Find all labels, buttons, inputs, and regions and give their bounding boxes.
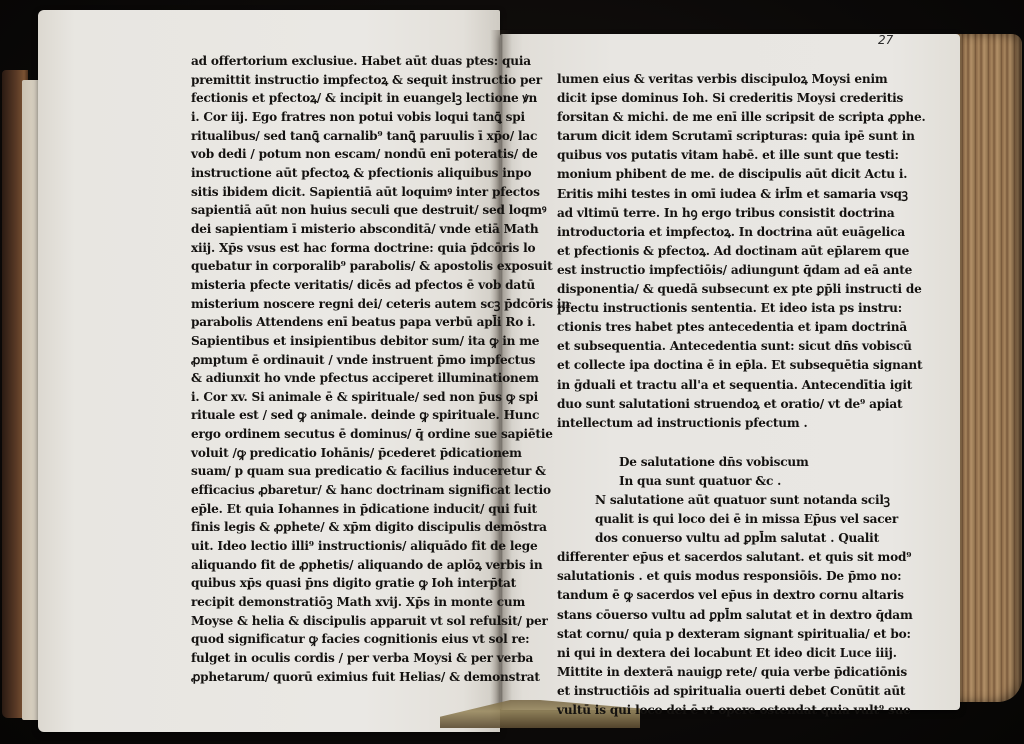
section-gap (557, 433, 857, 453)
text-line: quod significatur ꝙ facies cognitionis e… (191, 630, 481, 649)
right-text-after-heading: N salutatione aūt quatuor sunt notanda s… (557, 491, 857, 720)
text-line: forsitan & michi. de me enī ille scripsi… (557, 108, 857, 127)
text-line: ctionis tres habet ptes antecedentia et … (557, 318, 857, 337)
text-line: quibus vos putatis vitam habē. et ille s… (557, 146, 857, 165)
text-line: quibus xp̄s quasi p̄ns digito gratie ꝙ I… (191, 574, 481, 593)
text-line: sapientiā aūt non huius seculi que destr… (191, 201, 481, 220)
text-line: duo sunt salutationi struendoꝝ et oratio… (557, 395, 857, 414)
text-line: Eritis mihi testes in omī iudea & irl̄m … (557, 185, 857, 204)
text-line: premittit instructio impfectoꝝ & sequit … (191, 71, 481, 90)
right-text-before-heading: lumen eius & veritas verbis discipuloꝝ M… (557, 70, 857, 433)
text-line: dicit ipse dominus Ioh. Si crederitis Mo… (557, 89, 857, 108)
text-line: pfectu instructionis sententia. Et ideo … (557, 299, 857, 318)
text-line: Mittite in dexterā nauigꝑ rete/ quia ver… (557, 663, 857, 682)
text-line: ni qui in dextera dei locabunt Et ideo d… (557, 644, 857, 663)
text-line: monium phibent de me. de discipulis aūt … (557, 165, 857, 184)
text-line: instructione aūt pfectoꝝ & pfectionis al… (191, 164, 481, 183)
book-photograph: 27 ad offertorium exclusiue. Habet aūt d… (0, 0, 1024, 744)
left-page-text: ad offertorium exclusiue. Habet aūt duas… (191, 52, 481, 686)
section-subheading: In qua sunt quatuor &c . (557, 472, 857, 491)
text-line: i. Cor iij. Ego fratres non potui vobis … (191, 108, 481, 127)
text-line: intellectum ad instructionis pfectum . (557, 414, 857, 433)
text-line: efficacius ꝓbaretur/ & hanc doctrinam si… (191, 481, 481, 500)
text-line: & adiunxit ho vnde pfectus acciperet ill… (191, 369, 481, 388)
text-line: introductoria et impfectoꝝ. In doctrina … (557, 223, 857, 242)
text-line: et pfectionis & pfectoꝝ. Ad doctinam aūt… (557, 242, 857, 261)
text-line: ep̄le. Et quia Iohannes in p̄dicatione i… (191, 500, 481, 519)
text-line: quebatur in corporalib⁹ parabolis/ & apo… (191, 257, 481, 276)
text-line: et instructiōis ad spiritualia ouerti de… (557, 682, 857, 701)
text-line: ꝓphetarum/ quorū eximius fuit Helias/ & … (191, 668, 481, 687)
text-line: qualit is qui loco dei ē in missa Ep̄us … (557, 510, 857, 529)
text-line: et subsequentia. Antecedentia sunt: sicu… (557, 337, 857, 356)
text-line: finis legis & ꝓphete/ & xp̄m digito disc… (191, 518, 481, 537)
text-line: tarum dicit idem Scrutamī scripturas: qu… (557, 127, 857, 146)
text-line: tandum ē ꝙ sacerdos vel ep̄us in dextro … (557, 586, 857, 605)
section-heading: De salutatione dn̄s vobiscum (557, 453, 857, 472)
text-line: rituale est / sed ꝙ animale. deinde ꝙ sp… (191, 406, 481, 425)
text-line: vultū is qui loco dei ē vt opere ostenda… (557, 701, 857, 720)
folio-number: 27 (878, 33, 893, 47)
text-line: ritualibus/ sed tanꝗ̄ carnalib⁹ tanꝗ̄ pa… (191, 127, 481, 146)
text-line: sitis ibidem dicit. Sapientiā aūt loquim… (191, 183, 481, 202)
text-line: ad offertorium exclusiue. Habet aūt duas… (191, 52, 481, 71)
text-line: i. Cor xv. Si animale ē & spirituale/ se… (191, 388, 481, 407)
text-line: aliquando fit de ꝓphetis/ aliquando de a… (191, 556, 481, 575)
text-line: differenter ep̄us et sacerdos salutant. … (557, 548, 857, 567)
text-line: parabolis Attendens enī beatus papa verb… (191, 313, 481, 332)
text-line: vob dedi / potum non escam/ nondū enī po… (191, 145, 481, 164)
text-line: disponentia/ & quedā subsecunt ex pte ꝑp… (557, 280, 857, 299)
text-line: ꝓmptum ē ordinauit / vnde instruent p̄mo… (191, 351, 481, 370)
text-line: stat cornu/ quia p dexteram signant spir… (557, 625, 857, 644)
text-line: lumen eius & veritas verbis discipuloꝝ M… (557, 70, 857, 89)
text-line: ad vltimū terre. In hꝯ ergo tribus consi… (557, 204, 857, 223)
right-page-stack-fore-edge (950, 34, 1022, 702)
text-line: misterium noscere regni dei/ ceteris aut… (191, 295, 481, 314)
text-line: misteria pfecte veritatis/ dicēs ad pfec… (191, 276, 481, 295)
text-line: N salutatione aūt quatuor sunt notanda s… (557, 491, 857, 510)
text-line: est instructio impfectiōis/ adiungunt q̄… (557, 261, 857, 280)
text-line: uit. Ideo lectio illi⁹ instructionis/ al… (191, 537, 481, 556)
text-line: ergo ordinem secutus ē dominus/ q̄ ordin… (191, 425, 481, 444)
text-line: in ḡduali et tractu all'a et sequentia. … (557, 376, 857, 395)
right-page-text: lumen eius & veritas verbis discipuloꝝ M… (557, 70, 857, 720)
text-line: Sapientibus et insipientibus debitor sum… (191, 332, 481, 351)
text-line: fulget in oculis cordis / per verba Moys… (191, 649, 481, 668)
text-line: et collecte ipa doctina ē in ep̄la. Et s… (557, 356, 857, 375)
text-line: Moyse & helia & discipulis apparuit vt s… (191, 612, 481, 631)
text-line: voluit /ꝙ predicatio Iohānis/ p̄cederet … (191, 444, 481, 463)
text-line: stans cōuerso vultu ad ꝑpl̄m salutat et … (557, 606, 857, 625)
text-line: recipit demonstratiōꝫ Math xvij. Xp̄s in… (191, 593, 481, 612)
text-line: xiij. Xp̄s vsus est hac forma doctrine: … (191, 239, 481, 258)
text-line: dei sapientiam ī misterio absconditā/ vn… (191, 220, 481, 239)
text-line: salutationis . et quis modus responsiōis… (557, 567, 857, 586)
text-line: dos conuerso vultu ad ꝑpl̄m salutat . Qu… (557, 529, 857, 548)
text-line: suam/ p quam sua predicatio & facilius i… (191, 462, 481, 481)
text-line: fectionis et pfectoꝝ/ & incipit in euang… (191, 89, 481, 108)
